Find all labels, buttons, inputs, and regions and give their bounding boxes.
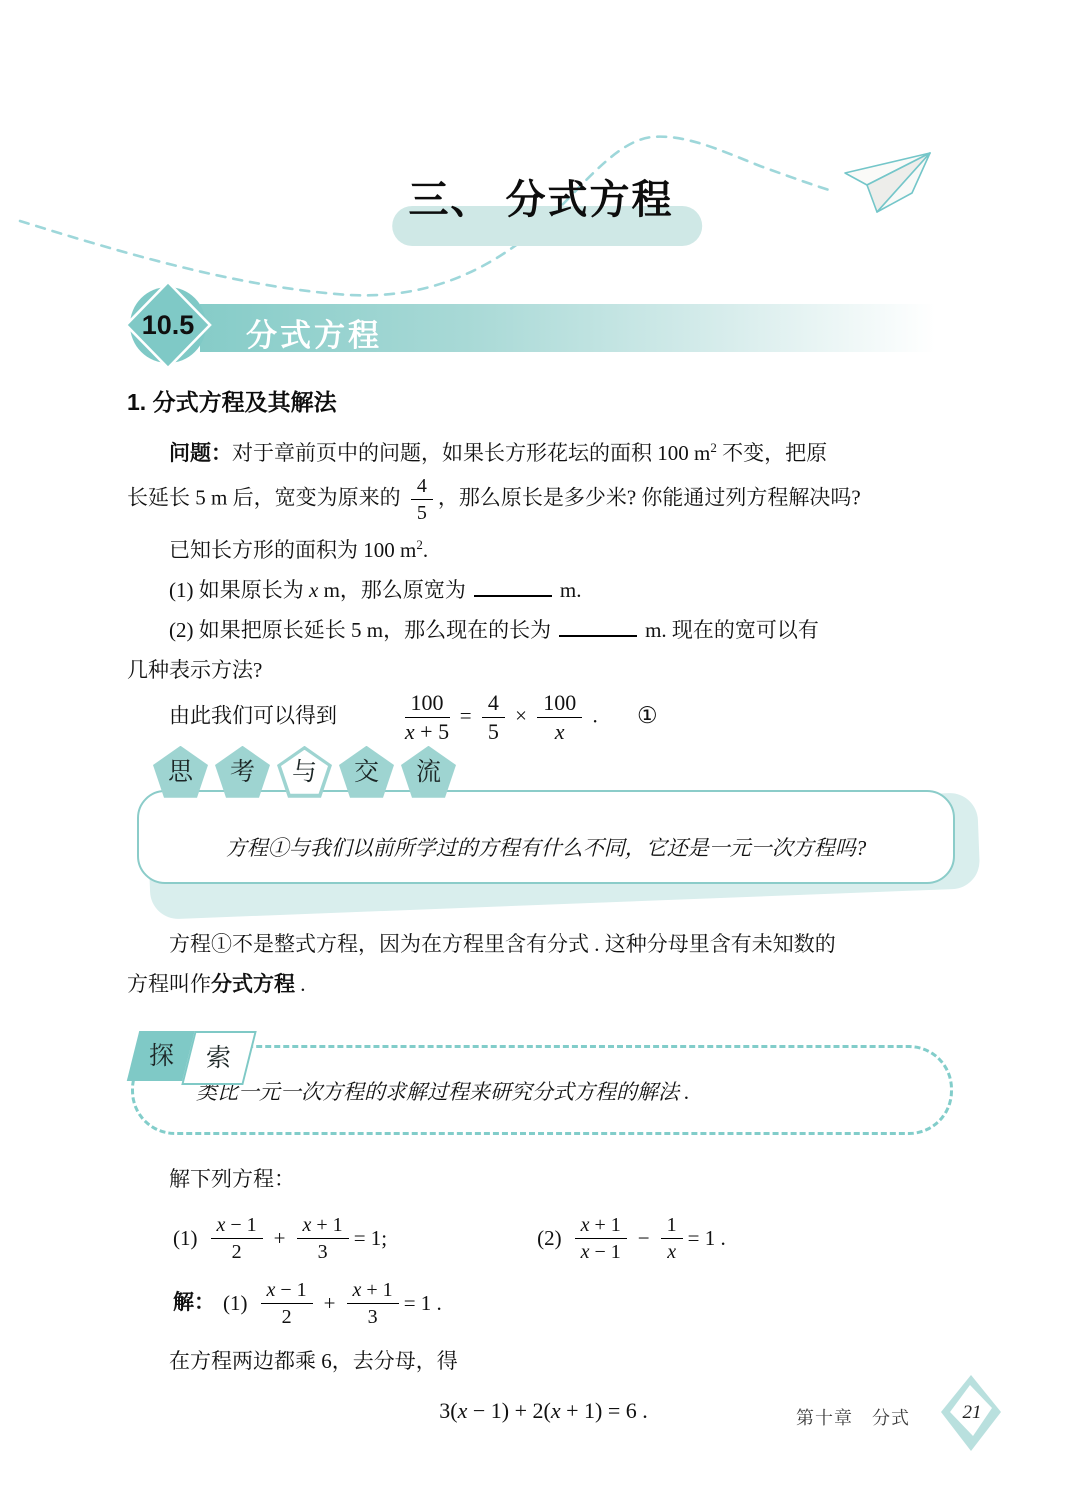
problem-text: ，那么原长是多少米? 你能通过列方程解决吗? bbox=[438, 485, 861, 509]
fraction: x + 13 bbox=[297, 1213, 349, 1264]
solve-lead: 解下列方程： bbox=[127, 1159, 960, 1199]
explore-box: 探 索 类比一元一次方程的求解过程来研究分式方程的解法 . bbox=[131, 1045, 953, 1135]
chapter-title-block: 三、 分式方程 bbox=[0, 168, 1082, 225]
footer-chapter-label: 第十章 分式 bbox=[796, 1404, 910, 1430]
equation-2: (2) x + 1x − 1 − 1x = 1 . bbox=[537, 1213, 726, 1264]
section-title: 分式方程 bbox=[246, 310, 382, 355]
known-period: . bbox=[423, 538, 428, 562]
textbook-page: 三、 分式方程 分式方程 10.5 1. 分式方程及其解法 问题：对于章前页中的… bbox=[0, 0, 1082, 1508]
item-1-line: (1) 如果原长为 x m，那么原宽为m. bbox=[127, 570, 960, 610]
fill-in-blank bbox=[474, 574, 552, 597]
term-fractional-equation: 分式方程 bbox=[211, 973, 295, 996]
fraction: x + 1x − 1 bbox=[575, 1213, 627, 1264]
equals-sign: = bbox=[460, 704, 472, 728]
problem-text: 长延长 5 m 后，宽变为原来的 bbox=[127, 485, 401, 509]
section-number: 10.5 bbox=[142, 310, 195, 340]
fraction-100-x: 100x bbox=[537, 690, 582, 746]
badge-yu: 与 bbox=[277, 746, 332, 798]
explore-dashed-border: 类比一元一次方程的求解过程来研究分式方程的解法 . bbox=[131, 1045, 953, 1135]
badge-si: 思 bbox=[153, 746, 208, 798]
solution-label: 解： bbox=[173, 1283, 215, 1323]
fill-in-blank bbox=[559, 614, 637, 637]
fraction: 1x bbox=[661, 1213, 683, 1264]
item2-text: (2) 如果把原长延长 5 m，那么现在的长为 bbox=[169, 618, 551, 642]
badge-liu: 流 bbox=[401, 746, 456, 798]
problem-paragraph: 问题：对于章前页中的问题，如果长方形花坛的面积 100 m2 不变，把原 长延长… bbox=[127, 428, 960, 525]
item1-text: m，那么原宽为 bbox=[318, 578, 466, 602]
think-question: 方程①与我们以前所学过的方程有什么不同，它还是一元一次方程吗? bbox=[139, 792, 953, 868]
definition-paragraph: 方程①不是整式方程，因为在方程里含有分式 . 这种分母里含有未知数的 方程叫作分… bbox=[127, 924, 960, 1005]
think-box-border: 方程①与我们以前所学过的方程有什么不同，它还是一元一次方程吗? bbox=[137, 790, 955, 884]
subsection-heading: 1. 分式方程及其解法 bbox=[127, 386, 960, 418]
definition-text: 方程叫作 bbox=[127, 972, 211, 996]
definition-text: 方程①不是整式方程，因为在方程里含有分式 . 这种分母里含有未知数的 bbox=[169, 932, 836, 956]
item2-text2: 几种表示方法? bbox=[127, 658, 262, 682]
definition-period: . bbox=[295, 972, 306, 996]
solution-row: 解： (1) x − 12 + x + 13 = 1 . bbox=[127, 1278, 960, 1329]
item2-unit: m. 现在的宽可以有 bbox=[645, 618, 819, 642]
known-line: 已知长方形的面积为 100 m2. bbox=[127, 525, 960, 570]
item-2-line: (2) 如果把原长延长 5 m，那么现在的长为m. 现在的宽可以有 几种表示方法… bbox=[127, 610, 960, 690]
explore-badges: 探 索 bbox=[133, 1031, 250, 1085]
period: . bbox=[592, 704, 597, 728]
equation-tag-1: ① bbox=[637, 703, 658, 728]
badge-kao: 考 bbox=[215, 746, 270, 798]
known-text: 已知长方形的面积为 100 m bbox=[169, 538, 416, 562]
item1-text: (1) 如果原长为 bbox=[169, 578, 309, 602]
chapter-title: 三、 分式方程 bbox=[0, 168, 1082, 225]
section-title-bar: 分式方程 bbox=[200, 304, 958, 352]
derive-line: 由此我们可以得到 100x + 5 = 45 × 100x . ① bbox=[127, 690, 960, 746]
badge-jiao: 交 bbox=[339, 746, 394, 798]
problem-text: 对于章前页中的问题，如果长方形花坛的面积 100 m bbox=[232, 441, 710, 465]
fraction-4-5: 45 bbox=[482, 690, 505, 746]
explore-text: 类比一元一次方程的求解过程来研究分式方程的解法 . bbox=[134, 1048, 950, 1112]
item1-unit: m. bbox=[560, 578, 582, 602]
section-number-badge: 10.5 bbox=[124, 280, 212, 370]
badge-suo: 索 bbox=[181, 1031, 256, 1085]
times-sign: × bbox=[515, 704, 527, 728]
fraction-4-5: 45 bbox=[411, 474, 433, 525]
equation-1: (1) x − 12 + x + 13 = 1; bbox=[173, 1213, 387, 1264]
fraction: x + 13 bbox=[347, 1278, 399, 1329]
solution-equation: 解： (1) x − 12 + x + 13 = 1 . bbox=[173, 1278, 442, 1329]
equations-row: (1) x − 12 + x + 13 = 1; (2) x + 1x − 1 … bbox=[127, 1213, 960, 1264]
problem-label: 问题： bbox=[169, 442, 232, 465]
fraction-100-x5: 100x + 5 bbox=[405, 690, 450, 746]
problem-text: 不变，把原 bbox=[717, 441, 827, 465]
think-badges: 思 考 与 交 流 bbox=[153, 746, 456, 798]
fraction: x − 12 bbox=[211, 1213, 263, 1264]
page-number-diamond: 21 bbox=[938, 1372, 1004, 1454]
var-x: x bbox=[309, 578, 318, 602]
think-communicate-box: 方程①与我们以前所学过的方程有什么不同，它还是一元一次方程吗? 思 考 与 交 … bbox=[137, 790, 955, 886]
page-footer: 第十章 分式 21 bbox=[0, 1372, 1082, 1462]
main-content: 1. 分式方程及其解法 问题：对于章前页中的问题，如果长方形花坛的面积 100 … bbox=[127, 386, 960, 1431]
fraction: x − 12 bbox=[261, 1278, 313, 1329]
page-number: 21 bbox=[963, 1402, 982, 1423]
derive-lead: 由此我们可以得到 bbox=[169, 704, 337, 728]
